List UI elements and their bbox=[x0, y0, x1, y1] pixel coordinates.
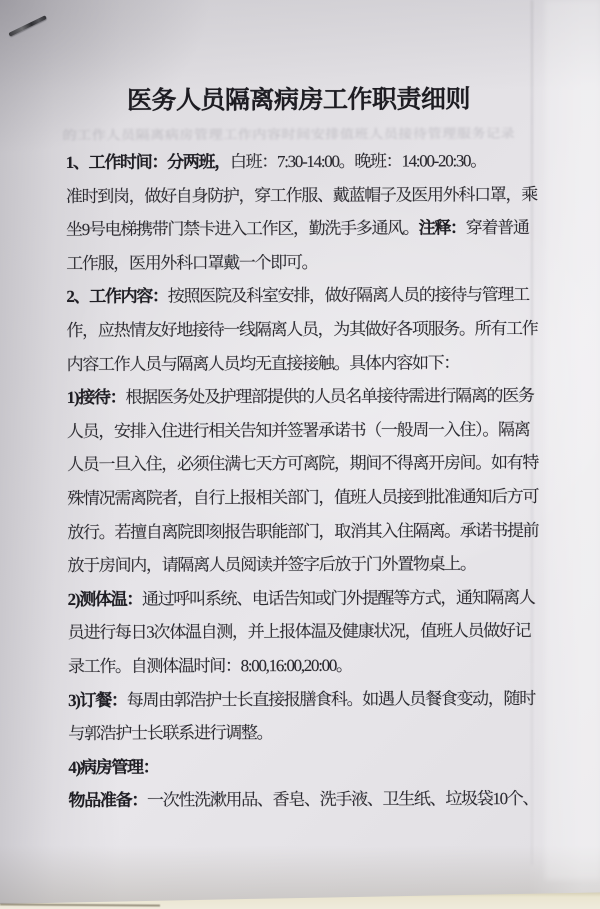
text-line: 录工作。自测体温时间：8:00,16:00,20:00。 bbox=[68, 648, 548, 684]
text-line: 内容工作人员与隔离人员均无直接接触。具体内容如下： bbox=[67, 345, 547, 381]
text-line: 殊情况需离院者，自行上报相关部门，值班人员接到批准通知后方可 bbox=[67, 480, 547, 516]
text-line: 工作服，医用外科口罩戴一个即可。 bbox=[66, 245, 546, 281]
text-line: 人员一旦入住，必须住满七天方可离院，期间不得离开房间。如有特 bbox=[67, 446, 547, 482]
text-line: 3)订餐：每周由郭浩护士长直接报膳食科。如遇人员餐食变动，随时 bbox=[68, 681, 548, 717]
text-line: 物品准备：一次性洗漱用品、香皂、洗手液、卫生纸、垃圾袋10个、 bbox=[68, 782, 548, 818]
bleed-through-text: 的工作人员隔离病房管理工作内容时间安排值班人员接待管理服务记录 bbox=[63, 124, 537, 142]
text-line: 员进行每日3次体温自测，并上报体温及健康状况，值班人员做好记 bbox=[68, 614, 548, 650]
text-line: 放行。若擅自离院即刻报告职能部门，取消其入住隔离。承诺书提前 bbox=[67, 513, 547, 549]
text-line: 作，应热情友好地接待一线隔离人员，为其做好各项服务。所有工作 bbox=[66, 312, 546, 348]
text-line: 与郭浩护士长联系进行调整。 bbox=[68, 715, 548, 751]
text-line: 坐9号电梯携带门禁卡进入工作区，勤洗手多通风。注释：穿着普通 bbox=[66, 211, 546, 247]
text-line: 2)测体温：通过呼叫系统、电话告知或门外提醒等方式，通知隔离人 bbox=[68, 581, 548, 617]
text-line: 1)接待：根据医务处及护理部提供的人员名单接待需进行隔离的医务 bbox=[67, 379, 547, 415]
text-line: 准时到岗，做好自身防护，穿工作服、戴蓝帽子及医用外科口罩，乘 bbox=[66, 178, 546, 214]
text-line: 2、工作内容：按照医院及科室安排，做好隔离人员的接待与管理工 bbox=[66, 278, 546, 314]
document-title: 医务人员隔离病房工作职责细则 bbox=[0, 79, 599, 118]
text-line: 放于房间内，请隔离人员阅读并签字后放于门外置物桌上。 bbox=[67, 547, 547, 583]
document-content: 的工作人员隔离病房管理工作内容时间安排值班人员接待管理服务记录 医务人员隔离病房… bbox=[0, 0, 600, 909]
text-line: 人员，安排入住进行相关告知并签署承诺书（一般周一入住）。隔离 bbox=[67, 413, 547, 449]
body-text: 1、工作时间：分两班，白班：7:30-14:00。晚班：14:00-20:30。… bbox=[66, 144, 549, 818]
text-line: 1、工作时间：分两班，白班：7:30-14:00。晚班：14:00-20:30。 bbox=[66, 144, 546, 180]
text-line: 4)病房管理： bbox=[68, 749, 548, 785]
